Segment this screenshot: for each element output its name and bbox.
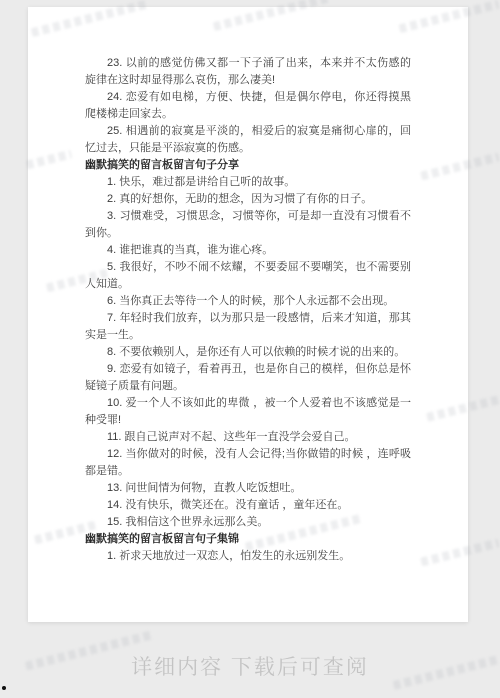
document-preview: 23. 以前的感觉仿佛又都一下子涌了出来，本来并不太伤感的旋律在这时却显得那么哀… xyxy=(0,0,500,698)
doc-paragraph: 6. 当你真正去等待一个人的时候，那个人永远都不会出现。 xyxy=(85,293,411,310)
doc-paragraph: 3. 习惯难受，习惯思念，习惯等你，可是却一直没有习惯看不到你。 xyxy=(85,208,411,242)
doc-paragraph: 2. 真的好想你，无助的想念，因为习惯了有你的日子。 xyxy=(85,191,411,208)
document-page: 23. 以前的感觉仿佛又都一下子涌了出来，本来并不太伤感的旋律在这时却显得那么哀… xyxy=(28,7,468,622)
doc-paragraph: 5. 我很好，不吵不闹不炫耀，不要委屈不要嘲笑，也不需要别人知道。 xyxy=(85,259,411,293)
doc-paragraph: 13. 问世间情为何物，直教人吃饭想吐。 xyxy=(85,480,411,497)
footer-caption: 详细内容 下载后可查阅 xyxy=(131,651,369,681)
doc-paragraph: 4. 谁把谁真的当真，谁为谁心疼。 xyxy=(85,242,411,259)
doc-paragraph: 24. 恋爱有如电梯，方便、快捷，但是偶尔停电，你还得摸黑爬楼梯走回家去。 xyxy=(85,89,411,123)
doc-paragraph: 1. 快乐，难过都是讲给自己听的故事。 xyxy=(85,174,411,191)
document-body: 23. 以前的感觉仿佛又都一下子涌了出来，本来并不太伤感的旋律在这时却显得那么哀… xyxy=(28,7,468,565)
doc-paragraph: 8. 不要依赖别人，是你还有人可以依赖的时候才说的出来的。 xyxy=(85,344,411,361)
footer-bar: 详细内容 下载后可查阅 xyxy=(0,622,500,698)
doc-paragraph: 25. 相遇前的寂寞是平淡的，相爱后的寂寞是痛彻心扉的，回忆过去，只能是平添寂寞… xyxy=(85,123,411,157)
doc-paragraph: 23. 以前的感觉仿佛又都一下子涌了出来，本来并不太伤感的旋律在这时却显得那么哀… xyxy=(85,55,411,89)
doc-paragraph: 9. 恋爱有如镜子，看着再丑，也是你自己的模样，但你总是怀疑镜子质量有问题。 xyxy=(85,361,411,395)
doc-paragraph: 10. 爱一个人不该如此的卑微 ，被一个人爱着也不该感觉是一种受罪! xyxy=(85,395,411,429)
doc-paragraph: 7. 年轻时我们放弃，以为那只是一段感情，后来才知道，那其实是一生。 xyxy=(85,310,411,344)
stray-dot xyxy=(2,686,6,690)
doc-paragraph: 1. 祈求天地放过一双恋人，怕发生的永远别发生。 xyxy=(85,548,411,565)
doc-paragraph: 15. 我相信这个世界永远那么美。 xyxy=(85,514,411,531)
doc-paragraph: 14. 没有快乐，微笑还在。没有童话 ，童年还在。 xyxy=(85,497,411,514)
section-heading: 幽默搞笑的留言板留言句子分享 xyxy=(85,157,411,174)
doc-paragraph: 11. 跟自己说声对不起、这些年一直没学会爱自己。 xyxy=(85,429,411,446)
section-heading: 幽默搞笑的留言板留言句子集锦 xyxy=(85,531,411,548)
doc-paragraph: 12. 当你做对的时候，没有人会记得;当你做错的时候 ，连呼吸都是错。 xyxy=(85,446,411,480)
